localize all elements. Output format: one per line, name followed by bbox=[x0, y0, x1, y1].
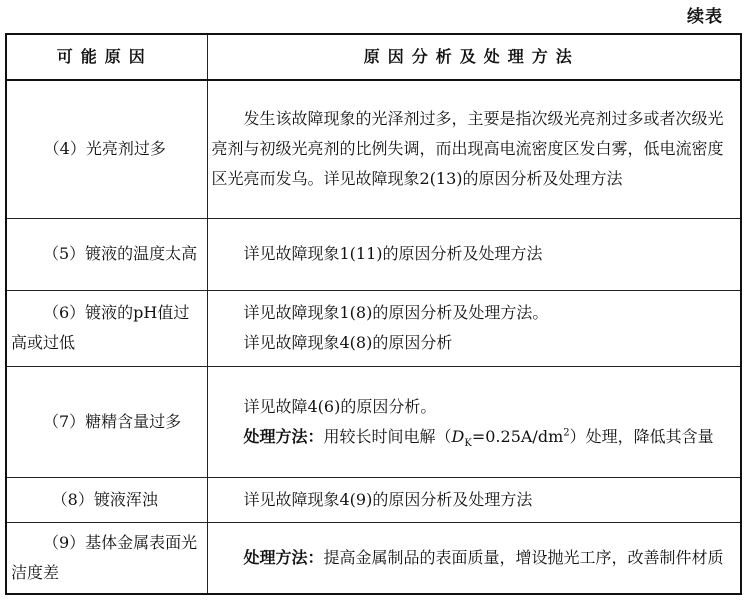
troubleshooting-table: 可能原因 原因分析及处理方法 （4）光亮剂过多 发生该故障现象的光泽剂过多，主要… bbox=[5, 33, 742, 595]
analysis-cell: 处理方法：提高金属制品的表面质量，增设抛光工序，改善制件材质 bbox=[207, 522, 741, 594]
analysis-text: 详见故障4(6)的原因分析。 bbox=[212, 392, 733, 422]
table-row: （8）镀液浑浊 详见故障现象4(9)的原因分析及处理方法 bbox=[6, 477, 741, 522]
cause-cell: （9）基体金属表面光洁度差 bbox=[6, 522, 207, 594]
analysis-cell: 发生该故障现象的光泽剂过多，主要是指次级光亮剂过多或者次级光亮剂与初级光亮剂的比… bbox=[207, 80, 741, 218]
table-caption: 续表 bbox=[687, 2, 723, 27]
analysis-cell: 详见故障4(6)的原因分析。 处理方法：用较长时间电解（DK=0.25A/dm2… bbox=[207, 366, 741, 477]
table-row: （9）基体金属表面光洁度差 处理方法：提高金属制品的表面质量，增设抛光工序，改善… bbox=[6, 522, 741, 594]
current-density-symbol: D bbox=[452, 427, 465, 446]
cause-cell: （8）镀液浑浊 bbox=[6, 477, 207, 522]
method-label: 处理方法： bbox=[244, 548, 324, 567]
cause-cell: （6）镀液的pH值过高或过低 bbox=[6, 290, 207, 366]
analysis-text: 详见故障现象1(11)的原因分析及处理方法 bbox=[212, 239, 733, 269]
analysis-text: 发生该故障现象的光泽剂过多，主要是指次级光亮剂过多或者次级光亮剂与初级光亮剂的比… bbox=[212, 104, 733, 194]
analysis-cell: 详见故障现象1(11)的原因分析及处理方法 bbox=[207, 218, 741, 290]
table-row: （6）镀液的pH值过高或过低 详见故障现象1(8)的原因分析及处理方法。 详见故… bbox=[6, 290, 741, 366]
cause-cell: （4）光亮剂过多 bbox=[6, 80, 207, 218]
analysis-text: 详见故障现象1(8)的原因分析及处理方法。 bbox=[212, 298, 733, 328]
table-row: （7）糖精含量过多 详见故障4(6)的原因分析。 处理方法：用较长时间电解（DK… bbox=[6, 366, 741, 477]
header-possible-cause: 可能原因 bbox=[6, 34, 207, 80]
cause-cell: （7）糖精含量过多 bbox=[6, 366, 207, 477]
analysis-cell: 详见故障现象4(9)的原因分析及处理方法 bbox=[207, 477, 741, 522]
table-row: （5）镀液的温度太高 详见故障现象1(11)的原因分析及处理方法 bbox=[6, 218, 741, 290]
cause-cell: （5）镀液的温度太高 bbox=[6, 218, 207, 290]
table-row: （4）光亮剂过多 发生该故障现象的光泽剂过多，主要是指次级光亮剂过多或者次级光亮… bbox=[6, 80, 741, 218]
method-label: 处理方法： bbox=[244, 427, 324, 446]
table-header-row: 可能原因 原因分析及处理方法 bbox=[6, 34, 741, 80]
header-analysis-method: 原因分析及处理方法 bbox=[207, 34, 741, 80]
method-text: 处理方法：提高金属制品的表面质量，增设抛光工序，改善制件材质 bbox=[212, 543, 733, 573]
analysis-cell: 详见故障现象1(8)的原因分析及处理方法。 详见故障现象4(8)的原因分析 bbox=[207, 290, 741, 366]
analysis-text: 详见故障现象4(9)的原因分析及处理方法 bbox=[212, 485, 733, 515]
analysis-text: 详见故障现象4(8)的原因分析 bbox=[212, 328, 733, 358]
method-text: 处理方法：用较长时间电解（DK=0.25A/dm2）处理，降低其含量 bbox=[212, 422, 733, 452]
